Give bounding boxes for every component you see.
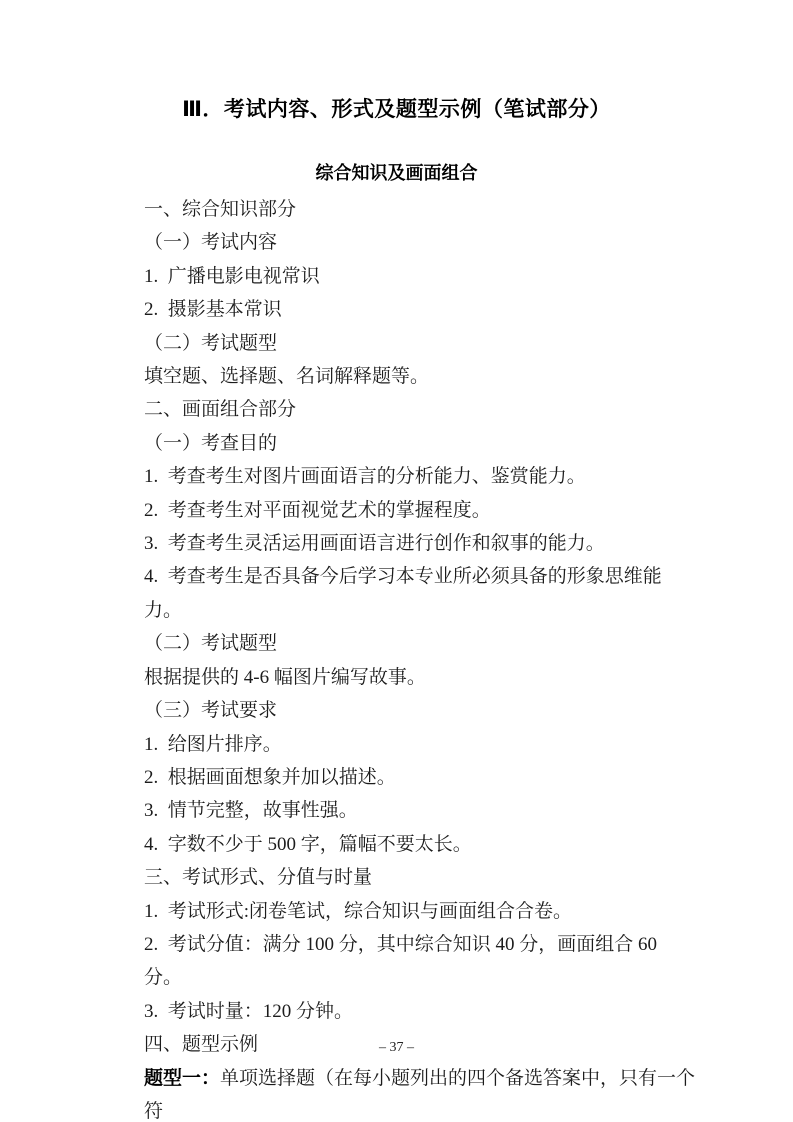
paragraph-line: 题型一：单项选择题（在每小题列出的四个备选答案中，只有一个符 xyxy=(144,1062,697,1122)
paragraph-line: （三）考试要求 xyxy=(144,694,697,727)
paragraph-line: 3. 考试时量：120 分钟。 xyxy=(144,995,697,1028)
paragraph-line: 2. 摄影基本常识 xyxy=(144,293,697,326)
paragraph-line: 1. 考查考生对图片画面语言的分析能力、鉴赏能力。 xyxy=(144,460,697,493)
paragraph-line: 填空题、选择题、名词解释题等。 xyxy=(144,360,697,393)
document-title: Ⅲ．考试内容、形式及题型示例（笔试部分） xyxy=(0,0,793,122)
page-number: – 37 – xyxy=(0,1039,793,1056)
paragraph-line: （一）考试内容 xyxy=(144,226,697,259)
paragraph-line: 一、综合知识部分 xyxy=(144,193,697,226)
paragraph-line: 2. 考试分值：满分 100 分，其中综合知识 40 分，画面组合 60 分。 xyxy=(144,928,697,995)
paragraph-bold-lead: 题型一： xyxy=(144,1068,220,1089)
document-page: Ⅲ．考试内容、形式及题型示例（笔试部分） 综合知识及画面组合 一、综合知识部分（… xyxy=(0,0,793,1122)
paragraph-line: 4. 字数不少于 500 字，篇幅不要太长。 xyxy=(144,828,697,861)
paragraph-line: 三、考试形式、分值与时量 xyxy=(144,861,697,894)
paragraph-line: （二）考试题型 xyxy=(144,327,697,360)
paragraph-line: 1. 给图片排序。 xyxy=(144,728,697,761)
paragraph-line: 3. 情节完整，故事性强。 xyxy=(144,794,697,827)
paragraph-line: （二）考试题型 xyxy=(144,627,697,660)
paragraph-line: 根据提供的 4-6 幅图片编写故事。 xyxy=(144,661,697,694)
paragraph-line: 4. 考查考生是否具备今后学习本专业所必须具备的形象思维能力。 xyxy=(144,560,697,627)
paragraph-line: 1. 广播电影电视常识 xyxy=(144,260,697,293)
section-subtitle: 综合知识及画面组合 xyxy=(0,162,793,184)
paragraph-line: 2. 根据画面想象并加以描述。 xyxy=(144,761,697,794)
paragraph-line: （一）考查目的 xyxy=(144,427,697,460)
document-body: 一、综合知识部分（一）考试内容1. 广播电影电视常识2. 摄影基本常识（二）考试… xyxy=(0,193,793,1122)
paragraph-line: 3. 考查考生灵活运用画面语言进行创作和叙事的能力。 xyxy=(144,527,697,560)
paragraph-line: 2. 考查考生对平面视觉艺术的掌握程度。 xyxy=(144,494,697,527)
paragraph-line: 1. 考试形式:闭卷笔试，综合知识与画面组合合卷。 xyxy=(144,895,697,928)
paragraph-line: 二、画面组合部分 xyxy=(144,393,697,426)
